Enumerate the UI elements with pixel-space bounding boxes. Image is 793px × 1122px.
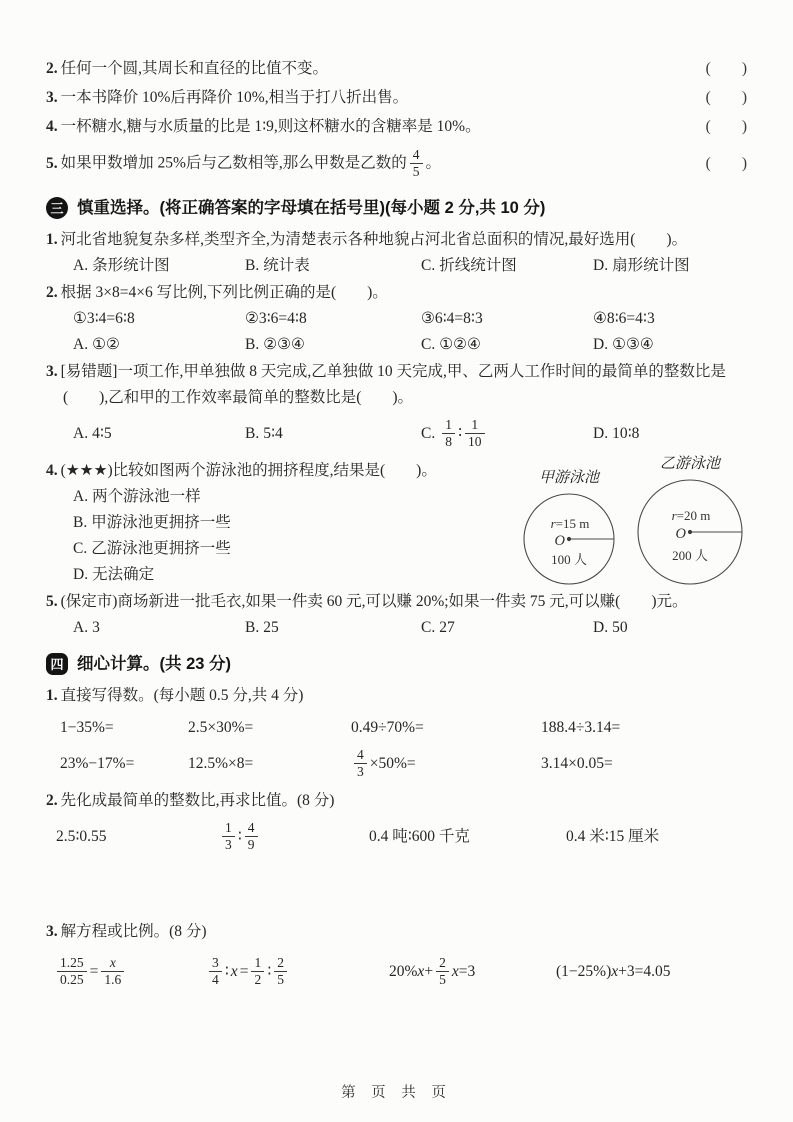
question-number: 5.	[46, 155, 58, 172]
variable-x: x	[417, 959, 424, 985]
option-c: C.27	[421, 615, 593, 641]
fraction: 25	[436, 955, 449, 987]
equation-item: 34∶x=12∶25	[206, 956, 389, 988]
answer-bracket: ( )	[698, 85, 747, 111]
mental-math-row-2: 23%−17%= 12.5%×8= 43×50%= 3.14×0.05=	[46, 741, 747, 787]
pool-b-radius-label: r=20 m	[672, 508, 711, 523]
question-number: 1.	[46, 687, 58, 704]
pool-a-diagram: 甲游泳池 r=15 m O 100 人	[521, 468, 617, 587]
judge-question-4: 4.一杯糖水,糖与水质量的比是 1∶9,则这杯糖水的含糖率是 10%。 ( )	[46, 114, 747, 140]
choice-question-1: 1.河北省地貌复杂多样,类型齐全,为清楚表示各种地貌占河北省总面积的情况,最好选…	[46, 227, 747, 279]
option-a: A.两个游泳池一样	[46, 484, 492, 510]
expression: 188.4÷3.14=	[541, 715, 620, 741]
fraction: 12	[251, 955, 264, 987]
option-c: C.18∶110	[421, 418, 593, 450]
choice-question-3: 3.[易错题]一项工作,甲单独做 8 天完成,乙单独做 10 天完成,甲、乙两人…	[46, 359, 747, 457]
ratio-item: 2.5∶0.55	[56, 824, 219, 850]
choice-question-5: 5.(保定市)商场新进一批毛衣,如果一件卖 60 元,可以赚 20%;如果一件卖…	[46, 589, 747, 641]
fraction: 25	[274, 955, 287, 987]
mental-math-row-1: 1−35%= 2.5×30%= 0.49÷70%= 188.4÷3.14=	[46, 715, 747, 741]
question-number: 3.	[46, 89, 58, 106]
fraction: 13	[222, 820, 235, 852]
options-row: A.4∶5 B.5∶4 C.18∶110 D.10∶8	[46, 411, 747, 457]
ratio-items-row: 2.5∶0.55 13∶49 0.4 吨∶600 千克 0.4 米∶15 厘米	[46, 814, 747, 860]
expression: 23%−17%=	[60, 751, 188, 777]
pool-a-center-dot	[567, 537, 571, 541]
choice-question-2: 2.根据 3×8=4×6 写比例,下列比例正确的是( )。 ①3∶4=6∶8 ②…	[46, 280, 747, 358]
pool-a-people-label: 100 人	[551, 552, 587, 567]
page-footer: 第 页 共 页	[0, 1080, 793, 1106]
question-number: 2.	[46, 284, 58, 301]
fraction: 43	[354, 747, 367, 779]
option-c: C.折线统计图	[421, 253, 593, 279]
equation-item: 1.250.25=x1.6	[54, 956, 206, 988]
pool-b-people-label: 200 人	[672, 548, 708, 563]
pool-b-center-label: O	[676, 526, 687, 542]
question-body: 先化成最简单的整数比,再求比值。(8 分)	[61, 792, 335, 809]
section-four-title: 细心计算。(共 23 分)	[77, 652, 231, 676]
fraction: 45	[410, 147, 423, 179]
answer-bracket: ( )	[698, 56, 747, 82]
pool-b-title: 乙游泳池	[635, 454, 745, 474]
ratio-item: 0.4 吨∶600 千克	[369, 824, 566, 850]
option-d: D.①③④	[593, 332, 654, 358]
section-four-badge-icon: 四	[46, 653, 68, 675]
expression: 0.49÷70%=	[351, 715, 541, 741]
question-body: 直接写得数。(每小题 0.5 分,共 4 分)	[61, 687, 304, 704]
judge-question-3: 3.一本书降价 10%后再降价 10%,相当于打八折出售。 ( )	[46, 85, 747, 111]
expression: 3.14×0.05=	[541, 751, 613, 777]
answer-bracket: ( )	[698, 114, 747, 140]
option-c: C.①②④	[421, 332, 593, 358]
option-b: B.5∶4	[245, 421, 421, 447]
exam-paper-page: 2.任何一个圆,其周长和直径的比值不变。 ( ) 3.一本书降价 10%后再降价…	[0, 0, 793, 1122]
section-three-header: 三 慎重选择。(将正确答案的字母填在括号里)(每小题 2 分,共 10 分)	[46, 196, 747, 220]
option-d: D.扇形统计图	[593, 253, 690, 279]
option-d: D.50	[593, 615, 628, 641]
fraction: x1.6	[101, 955, 124, 987]
options-row: A.条形统计图 B.统计表 C.折线统计图 D.扇形统计图	[46, 253, 747, 279]
question-body: 如果甲数增加 25%后与乙数相等,那么甲数是乙数的	[61, 155, 407, 172]
fraction: 49	[245, 820, 258, 852]
answer-bracket: ( )	[698, 151, 747, 177]
expression: 12.5%×8=	[188, 751, 351, 777]
equation-item: 20%x+25x=3	[389, 956, 556, 988]
pool-b-diagram: 乙游泳池 r=20 m O 200 人	[635, 454, 745, 587]
pool-a-radius-label: r=15 m	[551, 516, 590, 531]
question-number: 5.	[46, 593, 58, 610]
calc-question-3: 3.解方程或比例。(8 分) 1.250.25=x1.6 34∶x=12∶25 …	[46, 919, 747, 995]
fraction: 110	[465, 417, 485, 449]
options-row: A.①② B.②③④ C.①②④ D.①③④	[46, 332, 747, 358]
page-content: 2.任何一个圆,其周长和直径的比值不变。 ( ) 3.一本书降价 10%后再降价…	[0, 0, 793, 995]
proportion-4: ④8∶6=4∶3	[593, 306, 655, 332]
fraction: 34	[209, 955, 222, 987]
fraction: 18	[442, 417, 455, 449]
option-a: A.①②	[73, 332, 245, 358]
choice-question-4: 4.(★★★)比较如图两个游泳池的拥挤程度,结果是( )。 A.两个游泳池一样 …	[46, 458, 747, 588]
section-three-title: 慎重选择。(将正确答案的字母填在括号里)(每小题 2 分,共 10 分)	[77, 196, 545, 220]
option-a: A.3	[73, 615, 245, 641]
question-body: (★★★)比较如图两个游泳池的拥挤程度,结果是( )。	[61, 462, 437, 479]
question-text: 5.如果甲数增加 25%后与乙数相等,那么甲数是乙数的45。	[46, 148, 441, 180]
section-four-header: 四 细心计算。(共 23 分)	[46, 652, 747, 676]
question-text: 4.一杯糖水,糖与水质量的比是 1∶9,则这杯糖水的含糖率是 10%。	[46, 114, 481, 140]
option-a: A.条形统计图	[73, 253, 245, 279]
question-body: (保定市)商场新进一批毛衣,如果一件卖 60 元,可以赚 20%;如果一件卖 7…	[61, 593, 688, 610]
question-text: 3.一本书降价 10%后再降价 10%,相当于打八折出售。	[46, 85, 408, 111]
pool-a-center-label: O	[555, 533, 566, 549]
calc-question-1: 1.直接写得数。(每小题 0.5 分,共 4 分) 1−35%= 2.5×30%…	[46, 683, 747, 787]
variable-x: x	[611, 959, 618, 985]
ratio-item: 13∶49	[219, 821, 369, 853]
question-number: 1.	[46, 231, 58, 248]
proportion-1: ①3∶4=6∶8	[73, 306, 245, 332]
expression: 2.5×30%=	[188, 715, 351, 741]
ratio-item: 0.4 米∶15 厘米	[566, 824, 659, 850]
option-b: B.②③④	[245, 332, 421, 358]
options-row: A.3 B.25 C.27 D.50	[46, 615, 747, 641]
question-body: 任何一个圆,其周长和直径的比值不变。	[61, 60, 328, 77]
option-b: B.25	[245, 615, 421, 641]
pool-b-circle-figure: r=20 m O 200 人	[635, 477, 745, 587]
expression: 43×50%=	[351, 748, 541, 780]
question-number: 2.	[46, 792, 58, 809]
judge-question-2: 2.任何一个圆,其周长和直径的比值不变。 ( )	[46, 56, 747, 82]
question-number: 4.	[46, 118, 58, 135]
question-number: 3.	[46, 363, 58, 380]
swimming-pools-diagram: 甲游泳池 r=15 m O 100 人 乙游泳池	[521, 454, 745, 587]
question-number: 2.	[46, 60, 58, 77]
pool-b-center-dot	[688, 530, 692, 534]
variable-x: x	[452, 959, 459, 985]
equation-items-row: 1.250.25=x1.6 34∶x=12∶25 20%x+25x=3 (1−2…	[46, 949, 747, 995]
judge-question-5: 5.如果甲数增加 25%后与乙数相等,那么甲数是乙数的45。 ( )	[46, 143, 747, 185]
working-space	[46, 860, 747, 918]
option-c: C.乙游泳池更拥挤一些	[46, 536, 492, 562]
option-b: B.统计表	[245, 253, 421, 279]
pool-a-circle-figure: r=15 m O 100 人	[521, 491, 617, 587]
fraction: 1.250.25	[57, 955, 87, 987]
question-text: 2.任何一个圆,其周长和直径的比值不变。	[46, 56, 328, 82]
question-body: 一本书降价 10%后再降价 10%,相当于打八折出售。	[61, 89, 408, 106]
proportion-3: ③6∶4=8∶3	[421, 306, 593, 332]
option-b: B.甲游泳池更拥挤一些	[46, 510, 492, 536]
expression: 1−35%=	[60, 715, 188, 741]
question-body: 解方程或比例。(8 分)	[61, 923, 207, 940]
proportion-row: ①3∶4=6∶8 ②3∶6=4∶8 ③6∶4=8∶3 ④8∶6=4∶3	[46, 306, 747, 332]
question-number: 4.	[46, 462, 58, 479]
option-d: D.无法确定	[46, 562, 492, 588]
pool-a-title: 甲游泳池	[521, 468, 617, 488]
section-three-badge-icon: 三	[46, 197, 68, 219]
calc-question-2: 2.先化成最简单的整数比,再求比值。(8 分) 2.5∶0.55 13∶49 0…	[46, 788, 747, 918]
option-a: A.4∶5	[73, 421, 245, 447]
proportion-2: ②3∶6=4∶8	[245, 306, 421, 332]
question-body: 根据 3×8=4×6 写比例,下列比例正确的是( )。	[61, 284, 388, 301]
equation-item: (1−25%)x+3=4.05	[556, 959, 670, 985]
question-body: 河北省地貌复杂多样,类型齐全,为清楚表示各种地貌占河北省总面积的情况,最好选用(…	[61, 231, 687, 248]
option-d: D.10∶8	[593, 421, 639, 447]
question-body: 一杯糖水,糖与水质量的比是 1∶9,则这杯糖水的含糖率是 10%。	[61, 118, 481, 135]
question-number: 3.	[46, 923, 58, 940]
question-body: [易错题]一项工作,甲单独做 8 天完成,乙单独做 10 天完成,甲、乙两人工作…	[61, 363, 726, 406]
variable-x: x	[231, 959, 238, 985]
options-list: A.两个游泳池一样 B.甲游泳池更拥挤一些 C.乙游泳池更拥挤一些 D.无法确定	[46, 484, 492, 588]
